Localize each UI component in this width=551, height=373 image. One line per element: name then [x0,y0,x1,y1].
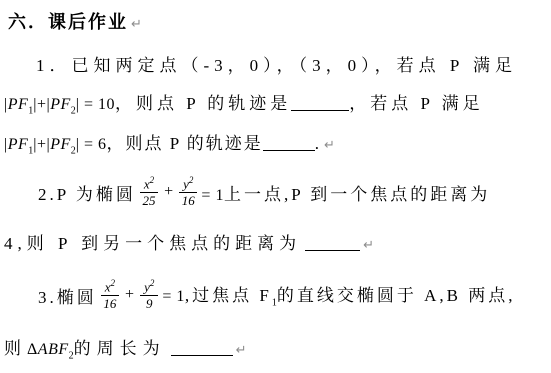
problem3-text-after-fraction: = 1,过焦点 F1的直线交椭圆于 A,B 两点, [162,281,515,308]
problem2-line2: 4,则 P 到另一个焦点的距离为↵ [4,229,374,254]
answer-blank [305,236,360,251]
problem1-text: . [315,134,321,153]
formula-pf-sum-6: |PF1|+|PF2| = 6 [4,134,106,153]
fraction-numerator: x2 [101,278,119,296]
problem3-text: 则 [4,339,27,358]
problem3-text: 的周长为 [74,339,166,358]
abs-bars-plus: |+| [33,96,50,113]
problem3-text: 3.椭圆 [38,283,97,308]
answer-blank [171,341,233,356]
plus-sign: + [125,286,134,304]
problem2-text: 4,则 P 到另一个焦点的距离为 [4,234,301,253]
document-page: 六．课后作业↵ 1．已知两定点（-3，0），（3，0），若点 P 满足 |PF1… [0,0,551,373]
problem1-text: 1．已知两定点（-3，0），（3，0），若点 P 满足 [36,56,517,75]
problem1-text: ，若点 P 满足 [349,94,483,113]
fraction-x2-16: x216 [101,278,119,312]
math-equals-value: = 1 [201,187,224,204]
fraction-numerator: x2 [140,175,158,193]
math-var: ABF [38,341,69,358]
problem2-text-after-fraction: = 1上一点,P 到一个焦点的距离为 [201,180,490,205]
formula-triangle-abf2: ΔABF2 [27,339,74,358]
fraction-denominator: 9 [144,296,155,312]
fraction-numerator: y2 [179,175,197,193]
fraction-numerator: y2 [140,278,158,296]
fraction-denominator: 16 [101,296,118,312]
problem3-line1: 3.椭圆 x216 + y29 = 1,过焦点 F1的直线交椭圆于 A,B 两点… [38,269,515,321]
plus-sign: + [164,183,173,201]
math-exponent: 2 [150,278,155,288]
paragraph-mark: ↵ [236,343,247,358]
problem2-line1: 2.P 为椭圆 x225 + y216 = 1上一点,P 到一个焦点的距离为 [38,167,490,217]
problem2-text: 2.P 为椭圆 [38,180,136,205]
paragraph-mark: ↵ [131,17,142,32]
fraction-x2-25: x225 [140,175,158,209]
problem3-text: ,过焦点 F [185,286,272,305]
problem3-line2: 则ΔABF2的周长为↵ [4,334,247,361]
problem1-text: ，则点 P 的轨迹是 [115,94,291,113]
math-var: PF [50,136,71,153]
fraction-y2-9: y29 [140,278,158,312]
problem3-text: 的直线交椭圆于 A,B 两点, [277,286,516,305]
math-exponent: 2 [150,175,155,185]
delta-symbol: Δ [27,341,38,358]
paragraph-mark: ↵ [324,138,335,153]
answer-blank [291,96,349,111]
problem1-line2: |PF1|+|PF2| = 10，则点 P 的轨迹是，若点 P 满足 [4,89,484,116]
fraction-denominator: 25 [140,193,157,209]
section-title: 六．课后作业↵ [8,8,142,34]
math-var: PF [50,96,71,113]
section-title-text: 六．课后作业 [8,12,128,32]
math-exponent: 2 [189,175,194,185]
answer-blank [263,136,315,151]
problem1-line3: |PF1|+|PF2| = 6，则点 P 的轨迹是.↵ [4,129,335,156]
math-equals-value: = 1 [162,288,185,305]
math-equals-value: | = 6 [76,136,107,153]
math-var: PF [8,136,29,153]
problem1-text: ，则点 P 的轨迹是 [106,134,262,153]
fraction-y2-16: y216 [179,175,197,209]
fraction-denominator: 16 [180,193,197,209]
problem1-line1: 1．已知两定点（-3，0），（3，0），若点 P 满足 [36,51,517,76]
problem2-text: 上一点,P 到一个焦点的距离为 [224,185,490,204]
paragraph-mark: ↵ [363,238,374,253]
math-exponent: 2 [111,278,116,288]
abs-bars-plus: |+| [33,136,50,153]
formula-pf-sum-10: |PF1|+|PF2| = 10 [4,94,115,113]
math-equals-value: | = 10 [76,96,115,113]
math-var: PF [8,96,29,113]
